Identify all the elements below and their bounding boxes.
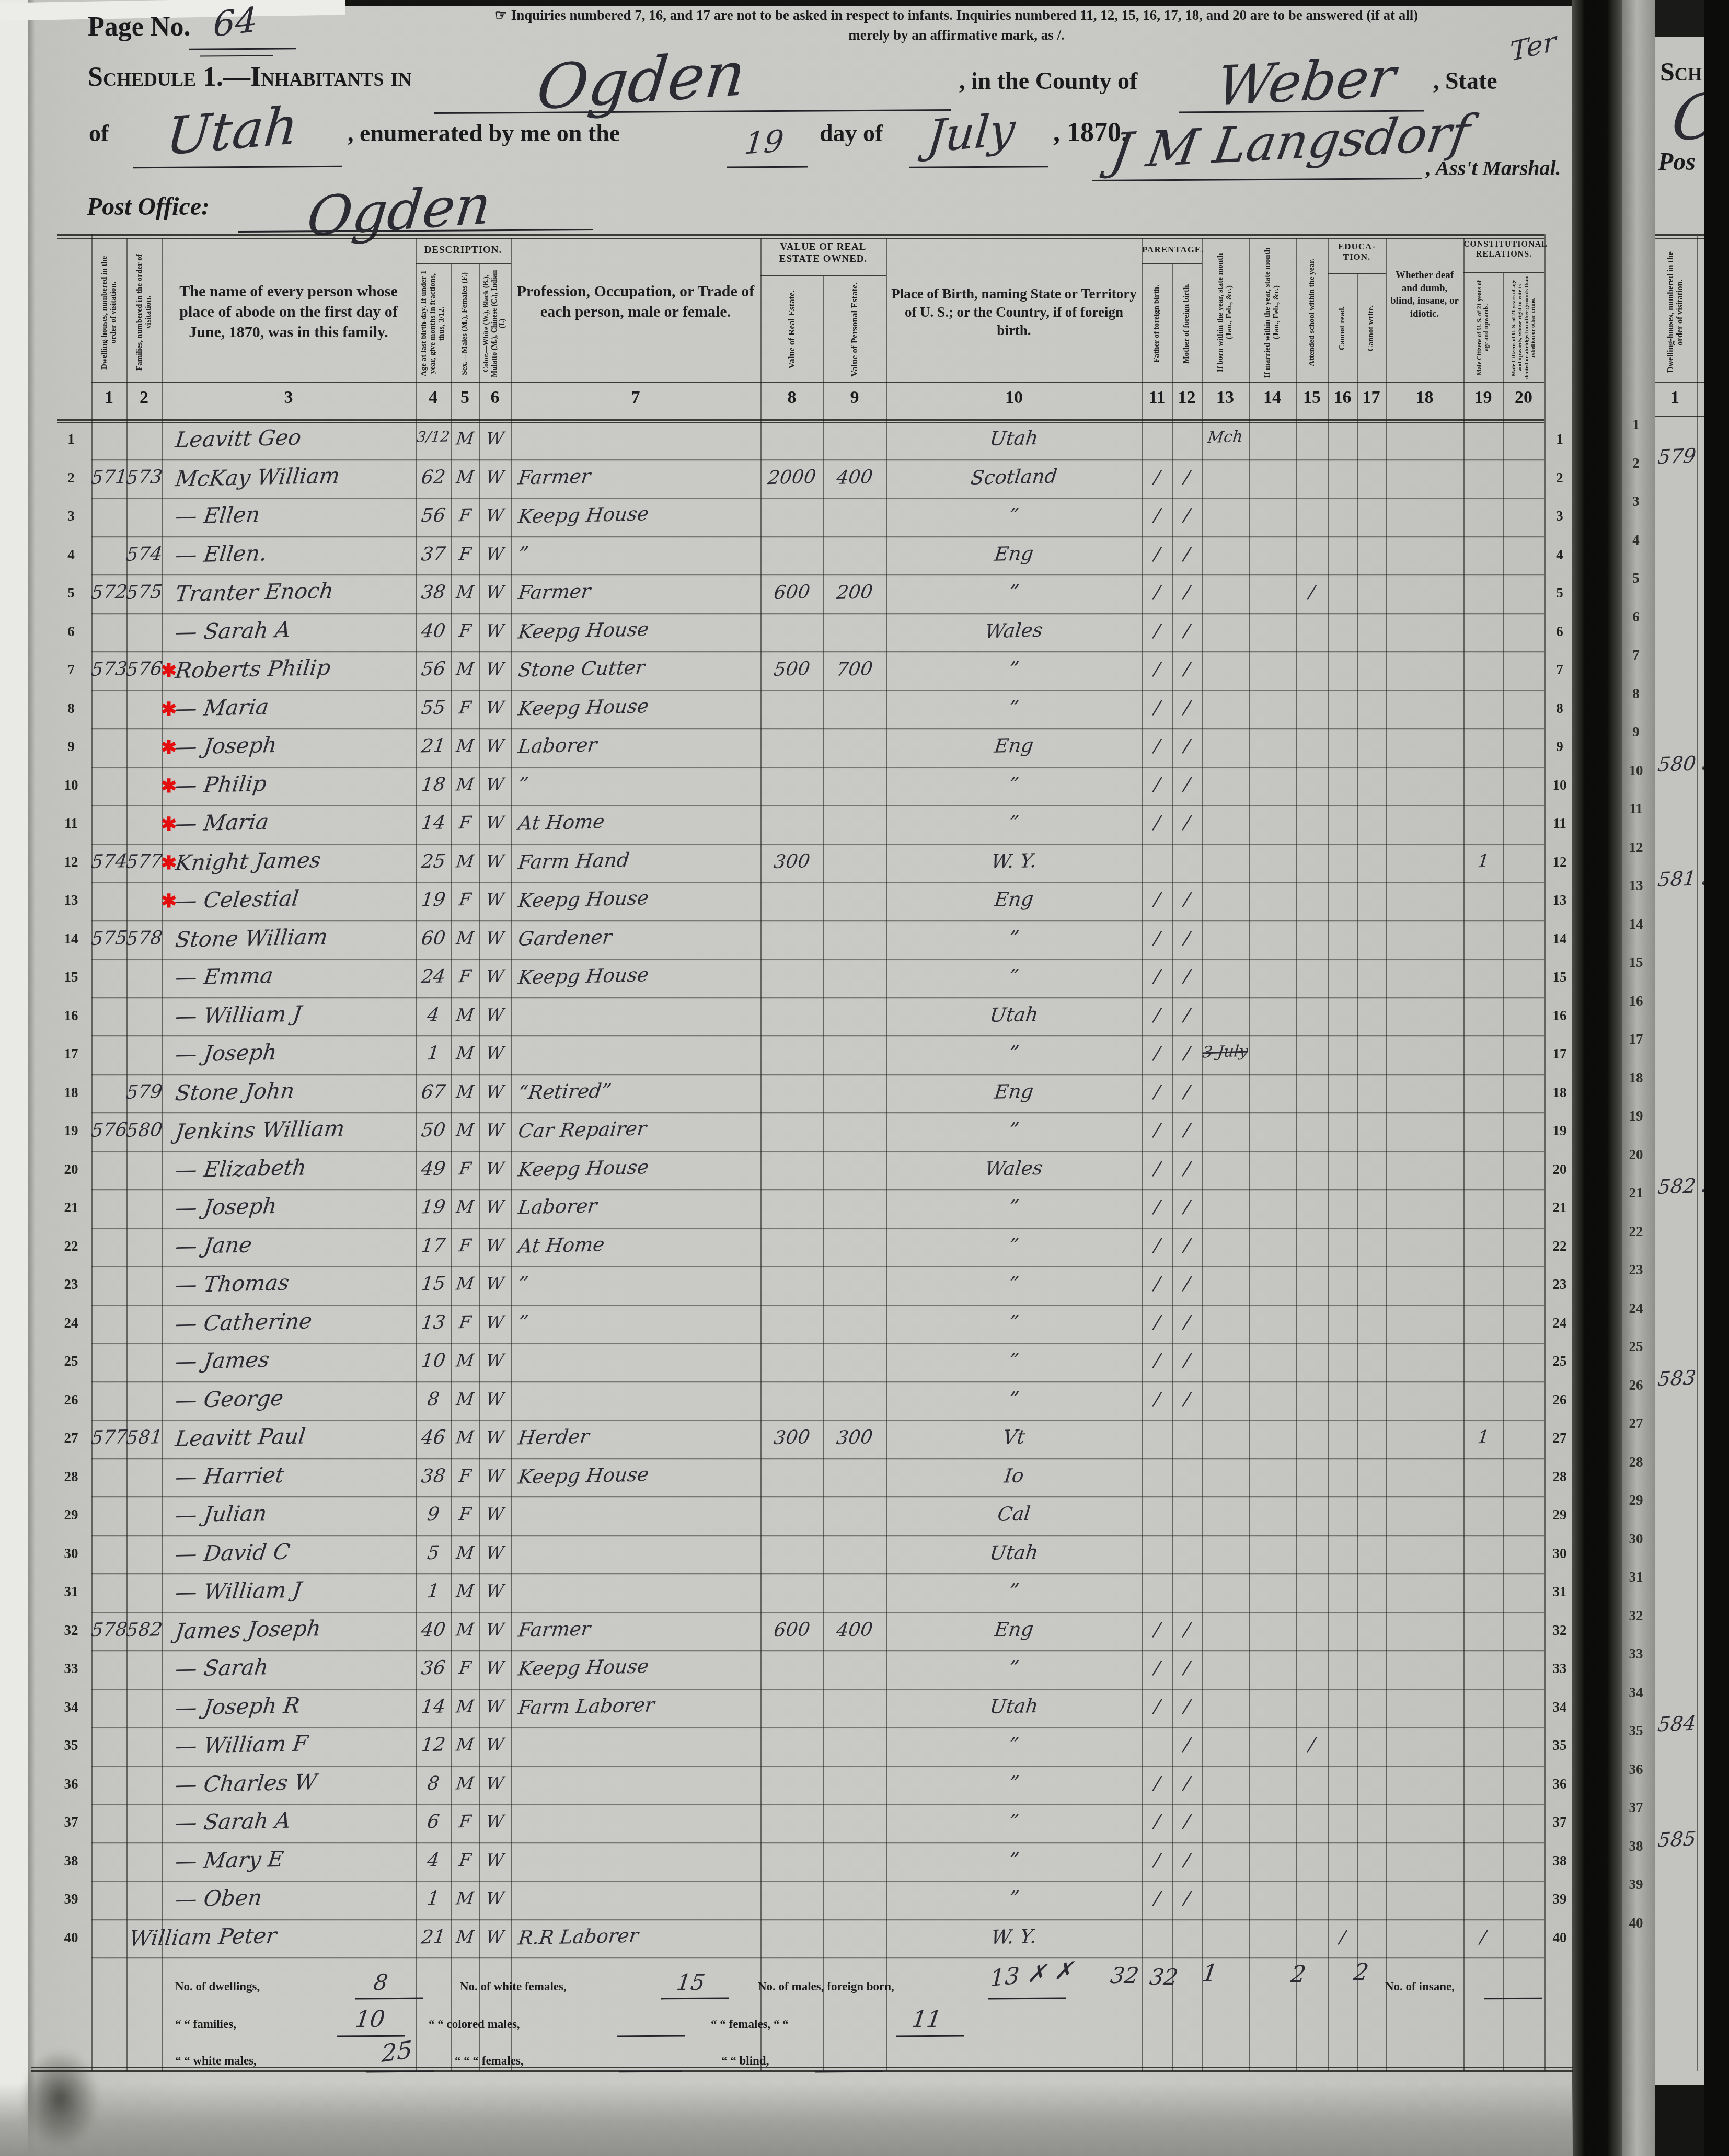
r4-family: 574 bbox=[111, 543, 177, 566]
row-number-gutter: 39 bbox=[1621, 1876, 1651, 1893]
r32-personal-estate: 400 bbox=[822, 1618, 887, 1641]
r10-birthplace: ” bbox=[918, 771, 1110, 798]
col-9-title-wrap: Value of Personal Estate. bbox=[823, 279, 886, 379]
row-number-left: 20 bbox=[56, 1161, 86, 1178]
r7-real-estate: 500 bbox=[759, 658, 824, 681]
row-number-right: 24 bbox=[1545, 1315, 1574, 1331]
r12-real-estate: 300 bbox=[759, 850, 824, 873]
r23-occupation: ” bbox=[517, 1272, 529, 1295]
row-number-gutter: 9 bbox=[1621, 724, 1651, 740]
r31-birthplace: ” bbox=[918, 1577, 1110, 1604]
row-number-gutter: 29 bbox=[1621, 1492, 1651, 1508]
row-number-right: 40 bbox=[1545, 1930, 1574, 1946]
r4-birthplace: Eng bbox=[918, 540, 1110, 567]
col-1-title: Dwelling-houses, numbered in the order o… bbox=[100, 246, 118, 379]
r26-mark-col12: / bbox=[1157, 1388, 1217, 1411]
right-page-black-band bbox=[1704, 0, 1729, 2156]
col-1-title-wrap: Dwelling-houses, numbered in the order o… bbox=[91, 246, 126, 379]
row-line bbox=[91, 536, 1544, 537]
footer-foreign-females-label: “ “ females, “ “ bbox=[711, 2017, 789, 2031]
r9-birthplace: Eng bbox=[918, 732, 1110, 759]
r37-color: W bbox=[463, 1810, 528, 1832]
r12-name: Knight James bbox=[174, 847, 322, 875]
row-number-gutter: 26 bbox=[1621, 1377, 1651, 1393]
col-16-number: 16 bbox=[1328, 388, 1357, 408]
r20-occupation: Keepg House bbox=[517, 1156, 650, 1181]
row-line bbox=[91, 1689, 1544, 1690]
row-number-left: 40 bbox=[56, 1930, 86, 1946]
r18-name: Stone John bbox=[174, 1078, 296, 1105]
footer-foreign-females-value: 11 bbox=[910, 2006, 943, 2033]
row-number-right: 16 bbox=[1545, 1008, 1574, 1024]
row-number-right: 7 bbox=[1545, 662, 1574, 678]
r32-occupation: Farmer bbox=[517, 1617, 592, 1641]
r37-name: — Sarah A bbox=[174, 1808, 292, 1836]
row-number-gutter: 34 bbox=[1621, 1685, 1651, 1701]
row-number-gutter: 24 bbox=[1621, 1300, 1651, 1317]
next-page-post-fragment: Pos bbox=[1658, 147, 1696, 176]
r28-name: — Harriet bbox=[174, 1462, 286, 1489]
col-8-title-wrap: Value of Real Estate. bbox=[760, 279, 823, 379]
r19-family: 580 bbox=[111, 1119, 177, 1142]
row-number-gutter: 22 bbox=[1621, 1224, 1651, 1240]
row-number-right: 10 bbox=[1545, 777, 1574, 793]
r20-name: — Elizabeth bbox=[174, 1155, 308, 1182]
row-number-left: 31 bbox=[56, 1584, 86, 1600]
row-number-left: 26 bbox=[56, 1392, 86, 1408]
col-3-number: 3 bbox=[162, 388, 416, 408]
r6-name: — Sarah A bbox=[174, 617, 292, 644]
row-line bbox=[91, 1496, 1544, 1497]
col-2-title-wrap: Families, numbered in the order of visit… bbox=[126, 246, 162, 379]
r18-birthplace: Eng bbox=[918, 1078, 1110, 1105]
row-number-right: 4 bbox=[1545, 547, 1574, 563]
row-number-left: 28 bbox=[56, 1469, 86, 1485]
r26-name: — George bbox=[174, 1385, 285, 1412]
r21-mark-col12: / bbox=[1157, 1195, 1217, 1218]
r20-mark-col12: / bbox=[1157, 1157, 1217, 1180]
row-line bbox=[91, 1074, 1544, 1075]
footer-tally-1: 32 bbox=[1109, 1963, 1140, 1988]
r14-occupation: Gardener bbox=[517, 926, 613, 950]
col-1-number: 1 bbox=[91, 388, 126, 408]
footer-blind-label: “ “ blind, bbox=[721, 2054, 769, 2068]
r18-family: 579 bbox=[111, 1080, 177, 1103]
row-number-left: 37 bbox=[56, 1814, 86, 1830]
column-line bbox=[1463, 238, 1465, 2071]
row-line bbox=[91, 1112, 1544, 1113]
r36-birthplace: ” bbox=[918, 1770, 1110, 1796]
r31-name: — William J bbox=[174, 1577, 303, 1605]
row-line bbox=[91, 498, 1544, 499]
row-number-gutter: 10 bbox=[1621, 763, 1651, 779]
col-10-title: Place of Birth, naming State or Territor… bbox=[890, 285, 1138, 379]
col-3-title: The name of every person whose place of … bbox=[166, 281, 411, 379]
r1-name: Leavitt Geo bbox=[174, 424, 303, 452]
r2-personal-estate: 400 bbox=[822, 466, 887, 489]
r18-mark-col12: / bbox=[1157, 1080, 1217, 1103]
row-line bbox=[91, 1881, 1544, 1882]
row-number-gutter: 20 bbox=[1621, 1147, 1651, 1163]
row-line bbox=[91, 1228, 1544, 1229]
r19-occupation: Car Repairer bbox=[517, 1117, 648, 1142]
row-number-right: 14 bbox=[1545, 931, 1574, 947]
row-number-gutter: 31 bbox=[1621, 1569, 1651, 1585]
row-number-right: 15 bbox=[1545, 969, 1574, 985]
r9-mark-col12: / bbox=[1157, 734, 1217, 757]
r5-name: Tranter Enoch bbox=[174, 578, 335, 606]
col-10-number: 10 bbox=[886, 388, 1142, 408]
bottom-left-blotch bbox=[21, 2049, 99, 2148]
row-number-right: 12 bbox=[1545, 854, 1574, 870]
r39-mark-col12: / bbox=[1157, 1887, 1217, 1910]
row-line bbox=[91, 997, 1544, 998]
r4-name: — Ellen. bbox=[174, 540, 268, 568]
col-14-title: If married within the year, state month … bbox=[1263, 246, 1281, 379]
r1-birthplace: Utah bbox=[918, 425, 1110, 452]
r27-family: 581 bbox=[111, 1426, 177, 1449]
r6-birthplace: Wales bbox=[918, 617, 1110, 644]
census-table: Dwelling-houses, numbered in the order o… bbox=[0, 0, 1729, 2156]
row-number-right: 6 bbox=[1545, 624, 1574, 640]
r24-birthplace: ” bbox=[918, 1309, 1110, 1335]
col-19-title: Male Citizens of U. S. of 21 years of ag… bbox=[1476, 276, 1490, 379]
footer-white-males-label: “ “ white males, bbox=[175, 2054, 257, 2068]
row-number-right: 36 bbox=[1545, 1776, 1574, 1792]
column-line bbox=[1357, 274, 1358, 2071]
column-line bbox=[760, 238, 762, 2071]
r10-name: — Philip bbox=[174, 771, 268, 798]
row-number-gutter: 18 bbox=[1621, 1070, 1651, 1086]
r35-mark-col15: / bbox=[1282, 1733, 1342, 1756]
r23-birthplace: ” bbox=[918, 1270, 1110, 1297]
column-line bbox=[1503, 273, 1504, 2071]
col-20-number: 20 bbox=[1503, 388, 1544, 408]
col-17-title: Cannot write. bbox=[1367, 305, 1376, 351]
r38-birthplace: ” bbox=[918, 1847, 1110, 1873]
footer-colored-males-label: “ “ colored males, bbox=[429, 2017, 520, 2031]
col-12-number: 12 bbox=[1172, 388, 1202, 408]
col-18-number: 18 bbox=[1386, 388, 1463, 408]
row-number-right: 27 bbox=[1545, 1430, 1574, 1446]
row-number-gutter: 25 bbox=[1621, 1339, 1651, 1355]
col-7-number: 7 bbox=[511, 388, 760, 408]
col-5-number: 5 bbox=[451, 388, 479, 408]
row-number-left: 22 bbox=[56, 1238, 86, 1254]
r16-mark-col12: / bbox=[1157, 1004, 1217, 1027]
row-number-left: 10 bbox=[56, 777, 86, 793]
r27-real-estate: 300 bbox=[759, 1426, 824, 1449]
r16-color: W bbox=[463, 1004, 528, 1025]
row-line bbox=[91, 1727, 1544, 1728]
r35-color: W bbox=[463, 1733, 528, 1755]
r32-birthplace: Eng bbox=[918, 1616, 1110, 1643]
col-13-number: 13 bbox=[1202, 388, 1249, 408]
row-number-left: 8 bbox=[56, 700, 86, 717]
r21-occupation: Laborer bbox=[517, 1194, 598, 1218]
next-page-entry: 585 bbox=[1657, 1827, 1697, 1851]
row-number-right: 30 bbox=[1545, 1546, 1574, 1562]
r12-mark-col19: 1 bbox=[1453, 850, 1513, 873]
r10-mark-col12: / bbox=[1157, 773, 1217, 796]
row-number-left: 39 bbox=[56, 1891, 86, 1907]
col-15-title-wrap: Attended school within the year. bbox=[1296, 246, 1328, 379]
r2-birthplace: Scotland bbox=[918, 464, 1110, 490]
col-16-title: Cannot read. bbox=[1338, 306, 1347, 350]
row-number-right: 39 bbox=[1545, 1891, 1574, 1907]
r19-name: Jenkins William bbox=[174, 1116, 346, 1145]
next-page-column-line bbox=[1697, 236, 1698, 2071]
row-line bbox=[91, 728, 1544, 729]
r12-birthplace: W. Y. bbox=[918, 848, 1110, 874]
r33-mark-col12: / bbox=[1157, 1656, 1217, 1679]
r36-color: W bbox=[463, 1772, 528, 1794]
r4-mark-col12: / bbox=[1157, 543, 1217, 566]
next-page-header-bottom-rule bbox=[1655, 416, 1705, 417]
r28-birthplace: Io bbox=[918, 1462, 1110, 1489]
row-line bbox=[91, 767, 1544, 768]
r14-name: Stone William bbox=[174, 924, 329, 952]
footer-white-females-label: No. of white females, bbox=[460, 1980, 567, 1993]
row-number-gutter: 14 bbox=[1621, 916, 1651, 932]
footer-dwellings-label: No. of dwellings, bbox=[175, 1980, 260, 1993]
footer-insane-label: No. of insane, bbox=[1385, 1980, 1455, 1993]
r40-birthplace: W. Y. bbox=[918, 1923, 1110, 1950]
r24-occupation: ” bbox=[517, 1310, 529, 1333]
row-number-right: 20 bbox=[1545, 1161, 1574, 1178]
r12-occupation: Farm Hand bbox=[517, 848, 630, 873]
r7-birthplace: ” bbox=[918, 655, 1110, 682]
col-2-number: 2 bbox=[126, 388, 162, 408]
row-number-right: 22 bbox=[1545, 1238, 1574, 1254]
col-6-title-wrap: Color.—White (W.), Black (B.), Mulatto (… bbox=[479, 268, 511, 379]
r3-mark-col12: / bbox=[1157, 504, 1217, 527]
r33-birthplace: ” bbox=[918, 1654, 1110, 1681]
r24-mark-col12: / bbox=[1157, 1311, 1217, 1334]
footer-families-label: “ “ families, bbox=[175, 2017, 236, 2031]
r37-mark-col12: / bbox=[1157, 1810, 1217, 1833]
row-line bbox=[91, 1957, 1544, 1958]
r16-name: — William J bbox=[174, 1001, 303, 1029]
column-line bbox=[1296, 238, 1297, 2071]
row-number-gutter: 40 bbox=[1621, 1915, 1651, 1931]
r6-mark-col12: / bbox=[1157, 619, 1217, 642]
r25-birthplace: ” bbox=[918, 1347, 1110, 1374]
r22-occupation: At Home bbox=[517, 1233, 606, 1257]
r19-birthplace: ” bbox=[918, 1116, 1110, 1143]
r9-name: — Joseph bbox=[174, 732, 278, 759]
row-line bbox=[91, 1458, 1544, 1459]
col-20-title: Male Citizens of U. S. of 21 years of ag… bbox=[1511, 276, 1536, 379]
r27-occupation: Herder bbox=[517, 1425, 591, 1449]
col-2-title: Families, numbered in the order of visit… bbox=[135, 246, 153, 379]
r8-occupation: Keepg House bbox=[517, 695, 650, 720]
r2-mark-col12: / bbox=[1157, 466, 1217, 489]
row-number-left: 36 bbox=[56, 1776, 86, 1792]
r5-personal-estate: 200 bbox=[822, 581, 887, 604]
r34-mark-col12: / bbox=[1157, 1695, 1217, 1718]
row-line bbox=[91, 959, 1544, 960]
r23-mark-col12: / bbox=[1157, 1272, 1217, 1295]
next-page-entry: 584 bbox=[1657, 1712, 1697, 1736]
row-number-left: 23 bbox=[56, 1276, 86, 1293]
r22-birthplace: ” bbox=[918, 1232, 1110, 1259]
r21-name: — Joseph bbox=[174, 1193, 278, 1220]
r8-birthplace: ” bbox=[918, 694, 1110, 721]
row-number-right: 21 bbox=[1545, 1200, 1574, 1216]
bottom-scan-shade bbox=[0, 2083, 1573, 2156]
row-number-gutter: 3 bbox=[1621, 493, 1651, 510]
row-number-right: 8 bbox=[1545, 700, 1574, 717]
r13-birthplace: Eng bbox=[918, 886, 1110, 913]
r15-occupation: Keepg House bbox=[517, 963, 650, 988]
r2-real-estate: 2000 bbox=[759, 466, 824, 489]
r9-occupation: Laborer bbox=[517, 733, 598, 757]
r40-name: William Peter bbox=[128, 1923, 278, 1951]
col-11-title-wrap: Father of foreign birth. bbox=[1142, 268, 1172, 379]
column-line bbox=[823, 276, 824, 2071]
col-9-title: Value of Personal Estate. bbox=[849, 282, 859, 377]
r18-occupation: “Retired” bbox=[517, 1079, 613, 1104]
row-number-gutter: 28 bbox=[1621, 1454, 1651, 1470]
row-number-left: 9 bbox=[56, 739, 86, 755]
row-number-right: 17 bbox=[1545, 1046, 1574, 1062]
r2-occupation: Farmer bbox=[517, 465, 592, 489]
row-number-right: 2 bbox=[1545, 470, 1574, 486]
footer-white-females-value: 15 bbox=[675, 1969, 707, 1995]
r25-color: W bbox=[463, 1349, 528, 1371]
row-line bbox=[91, 1804, 1544, 1805]
col-17-number: 17 bbox=[1357, 388, 1386, 408]
row-line bbox=[91, 1535, 1544, 1536]
row-line bbox=[91, 1189, 1544, 1190]
r2-name: McKay William bbox=[174, 463, 341, 491]
row-number-gutter: 19 bbox=[1621, 1108, 1651, 1124]
r5-family: 575 bbox=[111, 581, 177, 604]
col-4-number: 4 bbox=[416, 388, 451, 408]
col-15-number: 15 bbox=[1296, 388, 1328, 408]
r26-color: W bbox=[463, 1388, 528, 1410]
r39-name: — Oben bbox=[174, 1885, 263, 1911]
row-line bbox=[91, 882, 1544, 883]
r25-mark-col12: / bbox=[1157, 1349, 1217, 1372]
row-number-left: 13 bbox=[56, 892, 86, 908]
r14-mark-col12: / bbox=[1157, 927, 1217, 950]
row-number-right: 35 bbox=[1545, 1737, 1574, 1754]
row-number-gutter: 5 bbox=[1621, 570, 1651, 586]
col-5-title-wrap: Sex.—Males (M.), Females (F.) bbox=[451, 268, 479, 379]
footer-families-value: 10 bbox=[353, 2006, 386, 2033]
col-4-title-wrap: Age at last birth-day. If under 1 year, … bbox=[416, 268, 451, 379]
row-number-left: 16 bbox=[56, 1008, 86, 1024]
row-number-gutter: 23 bbox=[1621, 1262, 1651, 1278]
census-page-scan: Page No. 64 ☞ Inquiries numbered 7, 16, … bbox=[0, 0, 1729, 2156]
col-13-title: If born within the year, state month (Ja… bbox=[1216, 246, 1234, 379]
r15-mark-col12: / bbox=[1157, 965, 1217, 988]
row-number-left: 33 bbox=[56, 1661, 86, 1677]
row-number-left: 21 bbox=[56, 1200, 86, 1216]
r31-color: W bbox=[463, 1579, 528, 1601]
row-number-gutter: 2 bbox=[1621, 455, 1651, 471]
r1-mark-col13: Mch bbox=[1195, 427, 1255, 447]
row-number-right: 9 bbox=[1545, 739, 1574, 755]
row-line bbox=[91, 1381, 1544, 1382]
r35-mark-col12: / bbox=[1157, 1733, 1217, 1756]
row-number-right: 18 bbox=[1545, 1085, 1574, 1101]
r36-name: — Charles W bbox=[174, 1769, 318, 1797]
row-number-gutter: 1 bbox=[1621, 417, 1651, 433]
r32-mark-col12: / bbox=[1157, 1618, 1217, 1641]
col-19-title-wrap: Male Citizens of U. S. of 21 years of ag… bbox=[1463, 276, 1503, 379]
r15-name: — Emma bbox=[174, 963, 274, 990]
row-number-left: 11 bbox=[56, 815, 86, 832]
r17-color: W bbox=[463, 1042, 528, 1064]
r17-mark-col13: 3 July bbox=[1195, 1042, 1255, 1062]
row-line bbox=[91, 613, 1544, 614]
row-number-right: 29 bbox=[1545, 1507, 1574, 1523]
row-number-right: 38 bbox=[1545, 1853, 1574, 1869]
r24-name: — Catherine bbox=[174, 1308, 314, 1336]
r40-occupation: R.R Laborer bbox=[517, 1924, 640, 1949]
r7-personal-estate: 700 bbox=[822, 658, 887, 681]
row-line bbox=[91, 1842, 1544, 1843]
r20-birthplace: Wales bbox=[918, 1155, 1110, 1182]
r26-birthplace: ” bbox=[918, 1386, 1110, 1412]
r30-name: — David C bbox=[174, 1539, 292, 1566]
row-number-right: 26 bbox=[1545, 1392, 1574, 1408]
row-line bbox=[91, 690, 1544, 691]
r6-occupation: Keepg House bbox=[517, 618, 650, 643]
r35-name: — William F bbox=[174, 1731, 309, 1758]
row-number-left: 1 bbox=[56, 431, 86, 447]
row-number-right: 31 bbox=[1545, 1584, 1574, 1600]
column-line bbox=[886, 238, 887, 2071]
row-number-left: 4 bbox=[56, 547, 86, 563]
r23-name: — Thomas bbox=[174, 1270, 291, 1298]
r7-mark-col12: / bbox=[1157, 658, 1217, 681]
column-line bbox=[162, 238, 163, 2071]
column-line bbox=[91, 234, 93, 2071]
row-line bbox=[91, 920, 1544, 921]
row-line bbox=[91, 1343, 1544, 1344]
row-line bbox=[91, 805, 1544, 806]
r27-birthplace: Vt bbox=[918, 1424, 1110, 1450]
row-number-gutter: 12 bbox=[1621, 839, 1651, 856]
r11-occupation: At Home bbox=[517, 810, 606, 834]
row-line bbox=[91, 1420, 1544, 1421]
col-8-title: Value of Real Estate. bbox=[787, 290, 797, 368]
col-18-title: Whether deaf and dumb, blind, insane, or… bbox=[1390, 269, 1459, 379]
col-6-title: Color.—White (W.), Black (B.), Mulatto (… bbox=[482, 268, 507, 379]
r5-mark-col15: / bbox=[1282, 581, 1342, 604]
r39-birthplace: ” bbox=[918, 1885, 1110, 1911]
row-number-gutter: 16 bbox=[1621, 993, 1651, 1009]
row-line bbox=[91, 574, 1544, 575]
row-line bbox=[91, 1151, 1544, 1152]
r38-name: — Mary E bbox=[174, 1846, 285, 1873]
row-number-left: 24 bbox=[56, 1315, 86, 1331]
r3-name: — Ellen bbox=[174, 502, 261, 528]
row-number-gutter: 33 bbox=[1621, 1646, 1651, 1662]
row-number-gutter: 7 bbox=[1621, 647, 1651, 663]
r40-mark-col19: / bbox=[1453, 1926, 1513, 1949]
r27-mark-col19: 1 bbox=[1453, 1426, 1513, 1449]
r14-family: 578 bbox=[111, 927, 177, 950]
row-number-gutter: 6 bbox=[1621, 609, 1651, 625]
col-14-title-wrap: If married within the year, state month … bbox=[1249, 246, 1296, 379]
row-number-right: 13 bbox=[1545, 892, 1574, 908]
r14-birthplace: ” bbox=[918, 925, 1110, 951]
